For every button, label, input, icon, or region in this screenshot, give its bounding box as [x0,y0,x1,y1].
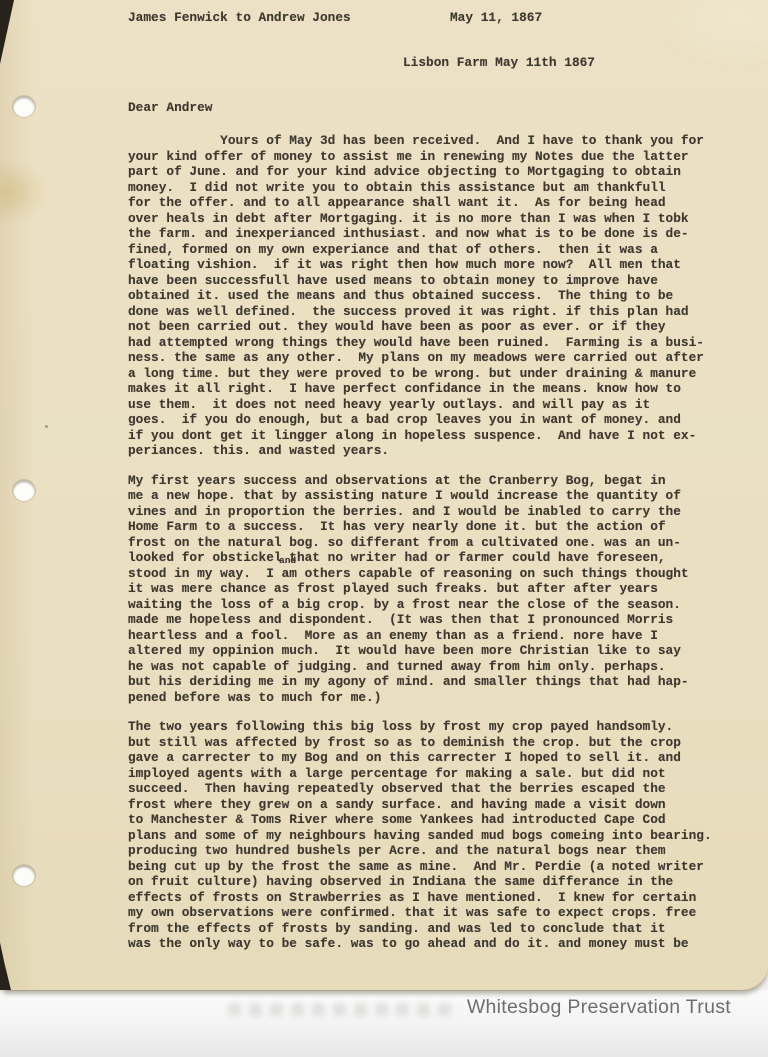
letter-paragraph-3: The two years following this big loss by… [128,719,712,952]
letter-paragraph-2: My first years success and observations … [128,473,712,706]
header-author-recipient: James Fenwick to Andrew Jones [128,10,351,26]
ghost-text-smudge [228,1003,460,1016]
typed-insertion-and: and [279,556,296,566]
letter-paragraph-1: Yours of May 3d has been received. And I… [128,133,712,459]
scanned-letter-page: Whitesbog Preservation Trust James Fenwi… [0,0,768,1057]
letter-body: Yours of May 3d has been received. And I… [128,133,712,952]
letter-dateline: Lisbon Farm May 11th 1867 [403,55,595,71]
punch-hole-top [13,96,35,117]
header-date: May 11, 1867 [450,10,542,26]
scan-background: Whitesbog Preservation Trust [0,990,768,1057]
punch-hole-middle [13,480,35,501]
punch-hole-bottom [13,865,35,886]
paper-speck [45,425,48,428]
watermark-text: Whitesbog Preservation Trust [467,996,731,1019]
letter-paper: James Fenwick to Andrew Jones May 11, 18… [0,0,768,991]
letter-salutation: Dear Andrew [128,100,212,116]
